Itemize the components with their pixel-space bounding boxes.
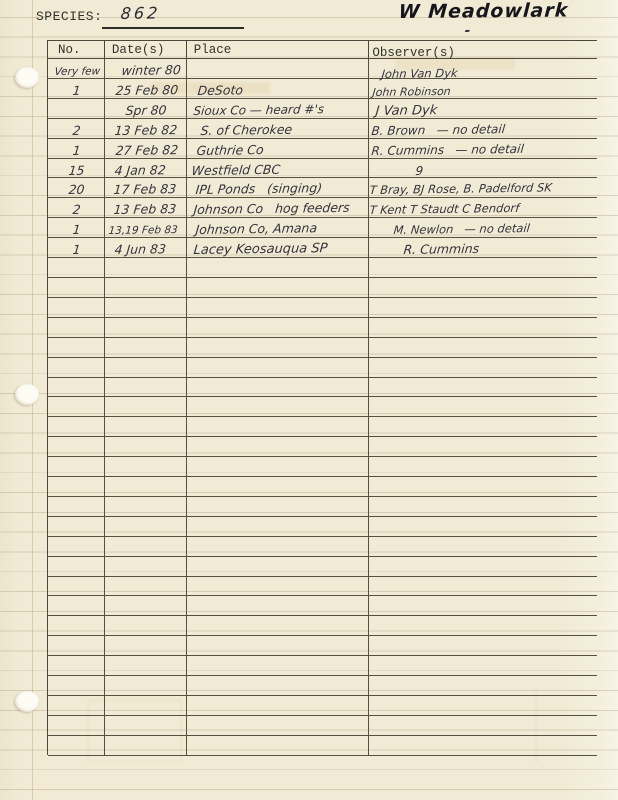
cell-date: winter 80: [105, 59, 187, 78]
cell-place: Johnson Co hog feeders: [187, 198, 370, 217]
cell-place: [187, 437, 370, 456]
table-row: 154 Jan 82Westfield CBC9: [48, 159, 597, 179]
handwritten-entry: 25 Feb 80: [115, 84, 179, 97]
cell-no: [48, 318, 105, 337]
handwritten-entry: Sioux Co — heard #'s: [193, 103, 325, 117]
table-row: [48, 258, 597, 278]
cell-date: [105, 437, 187, 456]
record-table: No. Date(s) Place Observer(s) Very fewwi…: [47, 40, 597, 755]
species-underline: [102, 27, 244, 29]
cell-date: [105, 417, 187, 436]
cell-place: Guthrie Co: [187, 139, 370, 158]
handwritten-entry: 4 Jan 82: [114, 164, 166, 177]
cell-place: Sioux Co — heard #'s: [187, 99, 370, 118]
cell-place: [187, 298, 370, 317]
cell-date: [105, 577, 187, 596]
cell-obs: [369, 397, 597, 416]
cell-no: [48, 596, 105, 615]
cell-place: [187, 716, 370, 735]
header-dates: Date(s): [105, 41, 187, 58]
table-row: 125 Feb 80DeSotoJohn Robinson: [48, 79, 597, 99]
stray-pen-mark: -: [464, 24, 471, 38]
handwritten-entry: 9: [415, 164, 424, 176]
table-row: [48, 378, 597, 398]
cell-no: [48, 636, 105, 655]
table-row: [48, 676, 597, 696]
cell-no: [48, 417, 105, 436]
cell-no: [48, 537, 105, 556]
cell-place: [187, 656, 370, 675]
cell-place: [187, 537, 370, 556]
cell-no: [48, 577, 105, 596]
cell-obs: [369, 298, 597, 317]
cell-obs: [369, 696, 597, 715]
table-row: [48, 417, 597, 437]
table-row: 213 Feb 82S. of CherokeeB. Brown — no de…: [48, 119, 597, 139]
cell-no: 1: [48, 218, 105, 237]
cell-no: 1: [48, 238, 105, 257]
cell-no: [48, 437, 105, 456]
cell-obs: [369, 557, 597, 576]
handwritten-entry: Lacey Keosauqua SP: [193, 242, 328, 257]
handwritten-entry: Spr 80: [125, 104, 167, 117]
cell-place: [187, 417, 370, 436]
cell-obs: [369, 736, 597, 755]
handwritten-entry: 1: [72, 85, 81, 98]
handwritten-entry: 1: [72, 224, 81, 237]
cell-date: [105, 676, 187, 695]
cell-date: [105, 278, 187, 297]
cell-obs: [369, 517, 597, 536]
cell-place: Johnson Co, Amana: [187, 218, 370, 237]
header-place: Place: [187, 41, 370, 58]
cell-obs: [369, 437, 597, 456]
cell-obs: M. Newlon — no detail: [369, 218, 597, 237]
handwritten-entry: T Bray, BJ Rose, B. Padelford SK: [369, 183, 552, 197]
cell-obs: [369, 716, 597, 735]
table-row: [48, 636, 597, 656]
cell-no: Very few: [48, 59, 105, 78]
cell-obs: [369, 417, 597, 436]
cell-obs: [369, 338, 597, 357]
cell-obs: [369, 318, 597, 337]
table-row: [48, 397, 597, 417]
cell-obs: [369, 596, 597, 615]
table-row: 2017 Feb 83IPL Ponds (singing)T Bray, BJ…: [48, 178, 597, 198]
table-header-row: No. Date(s) Place Observer(s): [48, 41, 597, 59]
cell-no: [48, 99, 105, 118]
cell-obs: John Van Dyk: [369, 59, 597, 78]
handwritten-entry: Johnson Co, Amana: [195, 223, 318, 237]
cell-no: 1: [48, 79, 105, 98]
cell-obs: T Bray, BJ Rose, B. Padelford SK: [369, 178, 597, 197]
cell-place: [187, 278, 370, 297]
handwritten-entry: Guthrie Co: [196, 144, 264, 157]
handwritten-entry: Johnson Co hog feeders: [193, 202, 350, 217]
handwritten-entry: John Robinson: [372, 86, 451, 98]
cell-place: [187, 577, 370, 596]
cell-no: [48, 298, 105, 317]
handwritten-entry: 17 Feb 83: [113, 184, 177, 197]
table-row: [48, 358, 597, 378]
handwritten-entry: R. Cummins — no detail: [371, 142, 524, 156]
handwritten-entry: Very few: [54, 66, 101, 77]
cell-obs: [369, 378, 597, 397]
cell-date: [105, 596, 187, 615]
punch-hole: [15, 384, 39, 405]
table-row: [48, 477, 597, 497]
species-name-handwritten: W Meadowlark: [398, 2, 569, 22]
cell-date: [105, 636, 187, 655]
handwritten-entry: winter 80: [121, 64, 181, 77]
handwritten-entry: B. Brown — no detail: [371, 123, 506, 137]
cell-place: [187, 616, 370, 635]
cell-place: [187, 557, 370, 576]
handwritten-entry: IPL Ponds (singing): [195, 183, 323, 197]
table-row: [48, 736, 597, 756]
cell-place: [187, 358, 370, 377]
table-row: [48, 278, 597, 298]
table-row: [48, 616, 597, 636]
handwritten-entry: S. of Cherokee: [200, 123, 293, 137]
cell-obs: [369, 676, 597, 695]
cell-place: [187, 497, 370, 516]
cell-date: [105, 557, 187, 576]
cell-obs: B. Brown — no detail: [369, 119, 597, 138]
cell-no: [48, 736, 105, 755]
cell-date: [105, 258, 187, 277]
table-row: [48, 557, 597, 577]
cell-obs: [369, 636, 597, 655]
handwritten-entry: Westfield CBC: [191, 163, 281, 177]
cell-no: [48, 517, 105, 536]
cell-date: [105, 656, 187, 675]
handwritten-entry: 13 Feb 83: [113, 203, 177, 216]
table-row: [48, 497, 597, 517]
cell-no: [48, 457, 105, 476]
cell-no: 20: [48, 178, 105, 197]
handwritten-entry: R. Cummins: [403, 243, 480, 257]
cell-date: [105, 358, 187, 377]
cell-no: [48, 338, 105, 357]
table-row: [48, 457, 597, 477]
punch-hole: [15, 691, 39, 712]
table-row: [48, 656, 597, 676]
cell-place: S. of Cherokee: [187, 119, 370, 138]
cell-no: [48, 278, 105, 297]
handwritten-entry: J Van Dyk: [375, 104, 438, 118]
cell-date: 13 Feb 83: [105, 198, 187, 217]
handwritten-entry: 13 Feb 82: [114, 124, 178, 137]
cell-date: [105, 696, 187, 715]
cell-no: 1: [48, 139, 105, 158]
cell-no: [48, 477, 105, 496]
scanned-record-sheet: SPECIES: 862 W Meadowlark - No. Date(s) …: [0, 0, 618, 800]
cell-no: [48, 358, 105, 377]
cell-no: [48, 696, 105, 715]
cell-obs: John Robinson: [369, 79, 597, 98]
table-row: [48, 577, 597, 597]
species-number-handwritten: 862: [120, 5, 161, 22]
handwritten-entry: 1: [72, 244, 81, 257]
cell-place: [187, 477, 370, 496]
table-row: 127 Feb 82Guthrie CoR. Cummins — no deta…: [48, 139, 597, 159]
punch-hole: [15, 67, 39, 88]
cell-obs: [369, 497, 597, 516]
table-row: [48, 696, 597, 716]
cell-date: [105, 736, 187, 755]
cell-no: 2: [48, 198, 105, 217]
cell-place: [187, 696, 370, 715]
cell-obs: [369, 616, 597, 635]
table-row: [48, 517, 597, 537]
cell-date: [105, 477, 187, 496]
handwritten-entry: DeSoto: [197, 84, 244, 97]
header-no: No.: [48, 41, 105, 58]
cell-place: [187, 258, 370, 277]
cell-no: [48, 378, 105, 397]
table-row: [48, 318, 597, 338]
cell-place: [187, 596, 370, 615]
cell-place: DeSoto: [187, 79, 370, 98]
cell-place: Lacey Keosauqua SP: [187, 238, 370, 257]
cell-date: [105, 378, 187, 397]
cell-place: IPL Ponds (singing): [187, 178, 370, 197]
cell-date: [105, 338, 187, 357]
handwritten-entry: 1: [72, 144, 81, 157]
cell-date: [105, 397, 187, 416]
cell-date: [105, 716, 187, 735]
cell-place: [187, 517, 370, 536]
table-row: Very fewwinter 80John Van Dyk: [48, 59, 597, 79]
cell-obs: J Van Dyk: [369, 99, 597, 118]
cell-date: [105, 318, 187, 337]
cell-place: [187, 636, 370, 655]
cell-place: Westfield CBC: [187, 159, 370, 178]
handwritten-entry: 4 Jun 83: [114, 243, 166, 256]
cell-obs: [369, 537, 597, 556]
cell-date: 4 Jan 82: [105, 159, 187, 178]
cell-obs: [369, 656, 597, 675]
table-row: [48, 716, 597, 736]
cell-obs: [369, 477, 597, 496]
handwritten-entry: 2: [72, 125, 81, 138]
cell-obs: R. Cummins — no detail: [369, 139, 597, 158]
cell-place: [187, 736, 370, 755]
handwritten-entry: 27 Feb 82: [115, 144, 179, 157]
table-row: [48, 537, 597, 557]
table-row: 213 Feb 83Johnson Co hog feedersT Kent T…: [48, 198, 597, 218]
cell-date: 27 Feb 82: [105, 139, 187, 158]
cell-date: 25 Feb 80: [105, 79, 187, 98]
cell-place: [187, 457, 370, 476]
cell-date: 17 Feb 83: [105, 178, 187, 197]
cell-no: [48, 397, 105, 416]
cell-no: 15: [48, 159, 105, 178]
cell-date: [105, 517, 187, 536]
cell-no: [48, 716, 105, 735]
table-row: 14 Jun 83Lacey Keosauqua SPR. Cummins: [48, 238, 597, 258]
cell-date: [105, 298, 187, 317]
table-row: 113,19 Feb 83Johnson Co, AmanaM. Newlon …: [48, 218, 597, 238]
handwritten-entry: 2: [72, 204, 81, 217]
cell-place: [187, 59, 370, 78]
handwritten-entry: 13,19 Feb 83: [108, 225, 178, 236]
cell-date: [105, 457, 187, 476]
species-label: SPECIES:: [36, 9, 102, 24]
cell-date: [105, 616, 187, 635]
header-observers: Observer(s): [369, 41, 597, 58]
cell-obs: T Kent T Staudt C Bendorf: [369, 198, 597, 217]
cell-date: 13,19 Feb 83: [105, 218, 187, 237]
table-row: Spr 80Sioux Co — heard #'sJ Van Dyk: [48, 99, 597, 119]
cell-obs: R. Cummins: [369, 238, 597, 257]
cell-date: 13 Feb 82: [105, 119, 187, 138]
handwritten-entry: 20: [68, 184, 85, 197]
cell-place: [187, 318, 370, 337]
cell-place: [187, 676, 370, 695]
cell-obs: [369, 258, 597, 277]
table-row: [48, 338, 597, 358]
cell-no: [48, 258, 105, 277]
table-body: Very fewwinter 80John Van Dyk125 Feb 80D…: [48, 59, 597, 756]
cell-date: Spr 80: [105, 99, 187, 118]
cell-obs: [369, 457, 597, 476]
cell-no: [48, 616, 105, 635]
cell-date: [105, 537, 187, 556]
handwritten-entry: T Kent T Staudt C Bendorf: [369, 203, 520, 217]
cell-obs: [369, 358, 597, 377]
cell-no: 2: [48, 119, 105, 138]
handwritten-entry: M. Newlon — no detail: [393, 223, 530, 236]
cell-no: [48, 557, 105, 576]
cell-place: [187, 397, 370, 416]
table-row: [48, 437, 597, 457]
cell-place: [187, 338, 370, 357]
cell-obs: 9: [369, 159, 597, 178]
cell-no: [48, 676, 105, 695]
cell-date: [105, 497, 187, 516]
cell-date: 4 Jun 83: [105, 238, 187, 257]
cell-obs: [369, 278, 597, 297]
cell-obs: [369, 577, 597, 596]
table-row: [48, 298, 597, 318]
table-row: [48, 596, 597, 616]
cell-no: [48, 656, 105, 675]
cell-no: [48, 497, 105, 516]
handwritten-entry: 15: [68, 164, 85, 177]
cell-place: [187, 378, 370, 397]
